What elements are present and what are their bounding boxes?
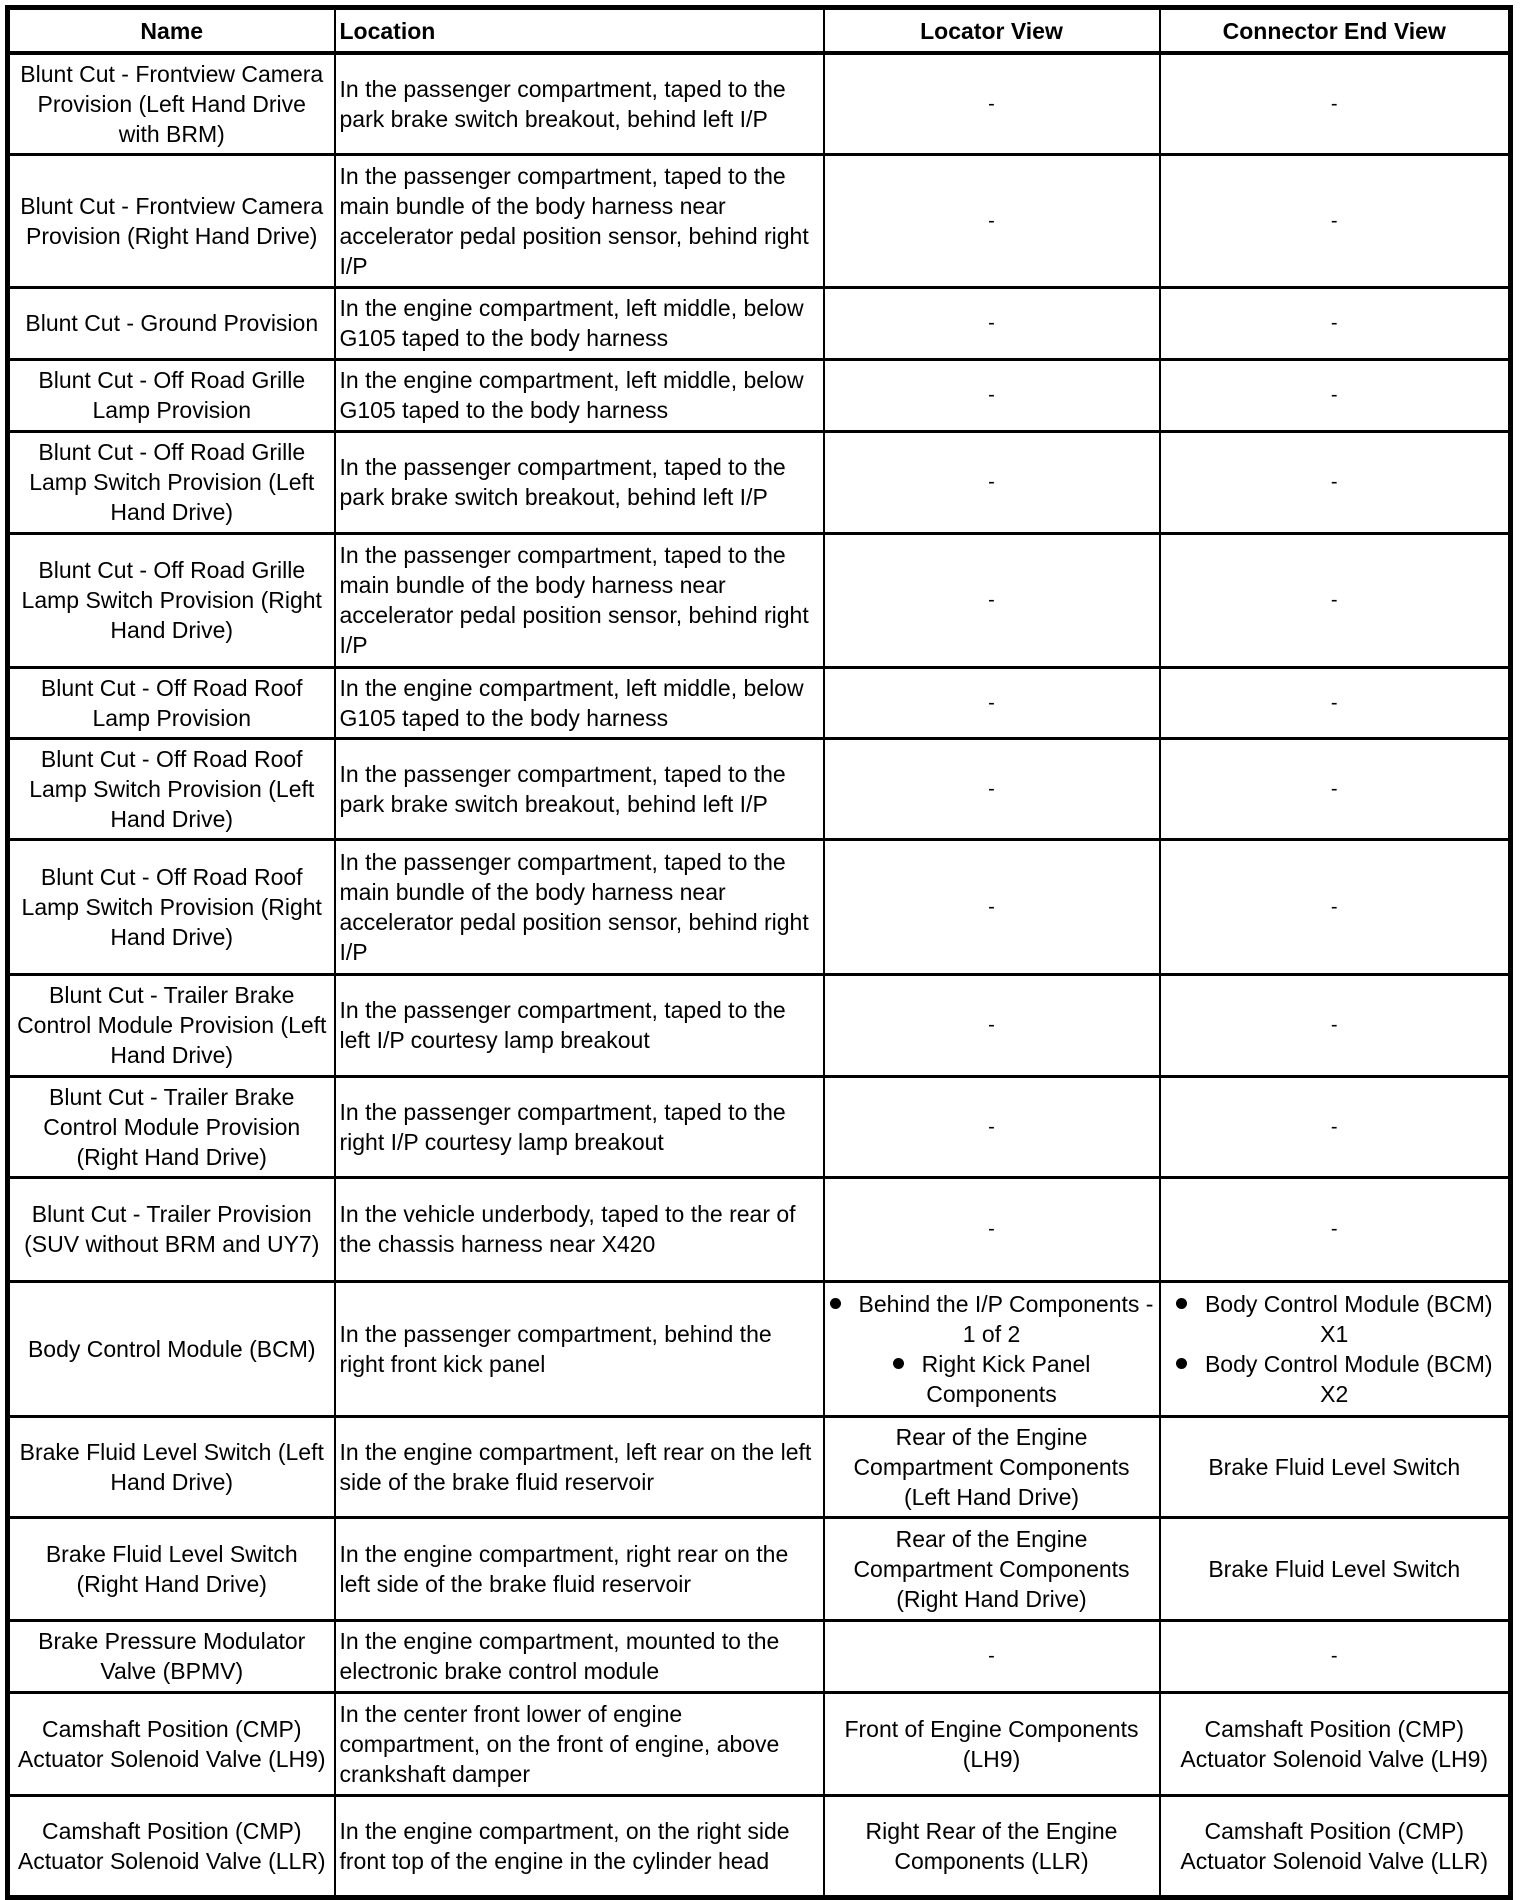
connector-end-view-cell: - [1160, 154, 1511, 287]
connector-end-view-cell: - [1160, 287, 1511, 359]
component-name-cell: Camshaft Position (CMP) Actuator Solenoi… [8, 1795, 335, 1897]
locator-view-link-list: Behind the I/P Components - 1 of 2Right … [829, 1289, 1155, 1409]
header-locator-view: Locator View [824, 8, 1160, 54]
connector-end-view-cell: - [1160, 53, 1511, 154]
component-location-cell: In the engine compartment, mounted to th… [335, 1620, 824, 1692]
connector-end-view-cell: - [1160, 533, 1511, 667]
locator-view-link-label: Behind the I/P Components - 1 of 2 [859, 1291, 1154, 1347]
header-name: Name [8, 8, 335, 54]
connector-end-view-cell: Body Control Module (BCM) X1Body Control… [1160, 1281, 1511, 1416]
component-name-cell: Blunt Cut - Trailer Brake Control Module… [8, 974, 335, 1076]
connector-end-view-cell: - [1160, 738, 1511, 839]
connector-end-view-link[interactable]: Body Control Module (BCM) X1 [1165, 1289, 1505, 1349]
table-row: Brake Pressure Modulator Valve (BPMV)In … [8, 1620, 1511, 1692]
table-body: Blunt Cut - Frontview Camera Provision (… [8, 53, 1511, 1897]
connector-end-view-link[interactable]: Body Control Module (BCM) X2 [1165, 1349, 1505, 1409]
header-location: Location [335, 8, 824, 54]
table-row: Blunt Cut - Trailer Brake Control Module… [8, 974, 1511, 1076]
component-location-cell: In the passenger compartment, taped to t… [335, 738, 824, 839]
table-row: Blunt Cut - Frontview Camera Provision (… [8, 154, 1511, 287]
table-row: Blunt Cut - Trailer Provision (SUV witho… [8, 1177, 1511, 1281]
table-row: Blunt Cut - Off Road Grille Lamp Switch … [8, 431, 1511, 533]
component-name-cell: Blunt Cut - Off Road Grille Lamp Switch … [8, 431, 335, 533]
connector-end-view-cell[interactable]: Camshaft Position (CMP) Actuator Solenoi… [1160, 1692, 1511, 1795]
component-location-cell: In the vehicle underbody, taped to the r… [335, 1177, 824, 1281]
locator-view-cell[interactable]: Front of Engine Components (LH9) [824, 1692, 1160, 1795]
table-row: Blunt Cut - Off Road Roof Lamp Switch Pr… [8, 839, 1511, 974]
table-row: Brake Fluid Level Switch (Right Hand Dri… [8, 1517, 1511, 1620]
component-name-cell: Blunt Cut - Trailer Provision (SUV witho… [8, 1177, 335, 1281]
locator-view-cell: - [824, 154, 1160, 287]
component-name-cell: Blunt Cut - Off Road Grille Lamp Switch … [8, 533, 335, 667]
table-row: Blunt Cut - Off Road Roof Lamp Switch Pr… [8, 738, 1511, 839]
header-connector-end-view: Connector End View [1160, 8, 1511, 54]
locator-view-cell: - [824, 1177, 1160, 1281]
component-location-cell: In the engine compartment, left rear on … [335, 1416, 824, 1517]
bullet-icon [1176, 1358, 1187, 1369]
connector-end-view-link-list: Body Control Module (BCM) X1Body Control… [1165, 1289, 1505, 1409]
connector-end-view-cell: - [1160, 974, 1511, 1076]
table-row: Blunt Cut - Off Road Grille Lamp Provisi… [8, 359, 1511, 431]
connector-end-view-cell[interactable]: Brake Fluid Level Switch [1160, 1517, 1511, 1620]
connector-end-view-link-label: Body Control Module (BCM) X2 [1205, 1351, 1493, 1407]
component-location-cell: In the passenger compartment, taped to t… [335, 533, 824, 667]
locator-view-link-label: Right Kick Panel Components [922, 1351, 1091, 1407]
table-row: Blunt Cut - Off Road Roof Lamp Provision… [8, 667, 1511, 738]
connector-end-view-cell: - [1160, 1620, 1511, 1692]
bullet-icon [1176, 1298, 1187, 1309]
component-location-cell: In the passenger compartment, behind the… [335, 1281, 824, 1416]
locator-view-cell[interactable]: Rear of the Engine Compartment Component… [824, 1517, 1160, 1620]
component-name-cell: Body Control Module (BCM) [8, 1281, 335, 1416]
component-name-cell: Blunt Cut - Frontview Camera Provision (… [8, 154, 335, 287]
component-name-cell: Blunt Cut - Off Road Roof Lamp Provision [8, 667, 335, 738]
component-name-cell: Brake Pressure Modulator Valve (BPMV) [8, 1620, 335, 1692]
component-location-cell: In the passenger compartment, taped to t… [335, 1076, 824, 1177]
connector-end-view-cell: - [1160, 839, 1511, 974]
locator-view-cell: - [824, 53, 1160, 154]
locator-view-cell: - [824, 1620, 1160, 1692]
connector-end-view-cell[interactable]: Brake Fluid Level Switch [1160, 1416, 1511, 1517]
bullet-icon [893, 1358, 904, 1369]
locator-view-cell[interactable]: Right Rear of the Engine Components (LLR… [824, 1795, 1160, 1897]
component-name-cell: Blunt Cut - Off Road Roof Lamp Switch Pr… [8, 839, 335, 974]
component-location-cell: In the passenger compartment, taped to t… [335, 431, 824, 533]
component-name-cell: Blunt Cut - Frontview Camera Provision (… [8, 53, 335, 154]
connector-end-view-cell: - [1160, 667, 1511, 738]
locator-view-cell: - [824, 1076, 1160, 1177]
header-row: Name Location Locator View Connector End… [8, 8, 1511, 54]
component-location-cell: In the passenger compartment, taped to t… [335, 839, 824, 974]
table-row: Blunt Cut - Trailer Brake Control Module… [8, 1076, 1511, 1177]
table-row: Body Control Module (BCM)In the passenge… [8, 1281, 1511, 1416]
component-location-cell: In the engine compartment, right rear on… [335, 1517, 824, 1620]
component-name-cell: Blunt Cut - Trailer Brake Control Module… [8, 1076, 335, 1177]
locator-view-cell: - [824, 431, 1160, 533]
locator-view-link[interactable]: Behind the I/P Components - 1 of 2 [829, 1289, 1155, 1349]
locator-view-cell: Behind the I/P Components - 1 of 2Right … [824, 1281, 1160, 1416]
locator-view-cell[interactable]: Rear of the Engine Compartment Component… [824, 1416, 1160, 1517]
locator-view-link[interactable]: Right Kick Panel Components [829, 1349, 1155, 1409]
locator-view-cell: - [824, 738, 1160, 839]
connector-end-view-cell: - [1160, 431, 1511, 533]
table-row: Camshaft Position (CMP) Actuator Solenoi… [8, 1692, 1511, 1795]
locator-view-cell: - [824, 974, 1160, 1076]
table-row: Brake Fluid Level Switch (Left Hand Driv… [8, 1416, 1511, 1517]
bullet-icon [830, 1298, 841, 1309]
locator-view-cell: - [824, 667, 1160, 738]
component-location-cell: In the engine compartment, on the right … [335, 1795, 824, 1897]
component-name-cell: Brake Fluid Level Switch (Left Hand Driv… [8, 1416, 335, 1517]
component-location-cell: In the passenger compartment, taped to t… [335, 154, 824, 287]
locator-view-cell: - [824, 287, 1160, 359]
component-location-cell: In the engine compartment, left middle, … [335, 359, 824, 431]
component-locator-table: Name Location Locator View Connector End… [5, 5, 1513, 1900]
component-name-cell: Blunt Cut - Ground Provision [8, 287, 335, 359]
locator-view-cell: - [824, 533, 1160, 667]
connector-end-view-link-label: Body Control Module (BCM) X1 [1205, 1291, 1493, 1347]
table-row: Blunt Cut - Ground ProvisionIn the engin… [8, 287, 1511, 359]
component-location-cell: In the passenger compartment, taped to t… [335, 974, 824, 1076]
connector-end-view-cell[interactable]: Camshaft Position (CMP) Actuator Solenoi… [1160, 1795, 1511, 1897]
table-row: Blunt Cut - Frontview Camera Provision (… [8, 53, 1511, 154]
table-row: Camshaft Position (CMP) Actuator Solenoi… [8, 1795, 1511, 1897]
component-name-cell: Brake Fluid Level Switch (Right Hand Dri… [8, 1517, 335, 1620]
component-name-cell: Blunt Cut - Off Road Roof Lamp Switch Pr… [8, 738, 335, 839]
locator-view-cell: - [824, 839, 1160, 974]
component-location-cell: In the passenger compartment, taped to t… [335, 53, 824, 154]
connector-end-view-cell: - [1160, 1076, 1511, 1177]
component-location-cell: In the engine compartment, left middle, … [335, 667, 824, 738]
connector-end-view-cell: - [1160, 1177, 1511, 1281]
component-location-cell: In the center front lower of engine comp… [335, 1692, 824, 1795]
locator-view-cell: - [824, 359, 1160, 431]
component-name-cell: Camshaft Position (CMP) Actuator Solenoi… [8, 1692, 335, 1795]
component-location-cell: In the engine compartment, left middle, … [335, 287, 824, 359]
component-name-cell: Blunt Cut - Off Road Grille Lamp Provisi… [8, 359, 335, 431]
connector-end-view-cell: - [1160, 359, 1511, 431]
table-row: Blunt Cut - Off Road Grille Lamp Switch … [8, 533, 1511, 667]
